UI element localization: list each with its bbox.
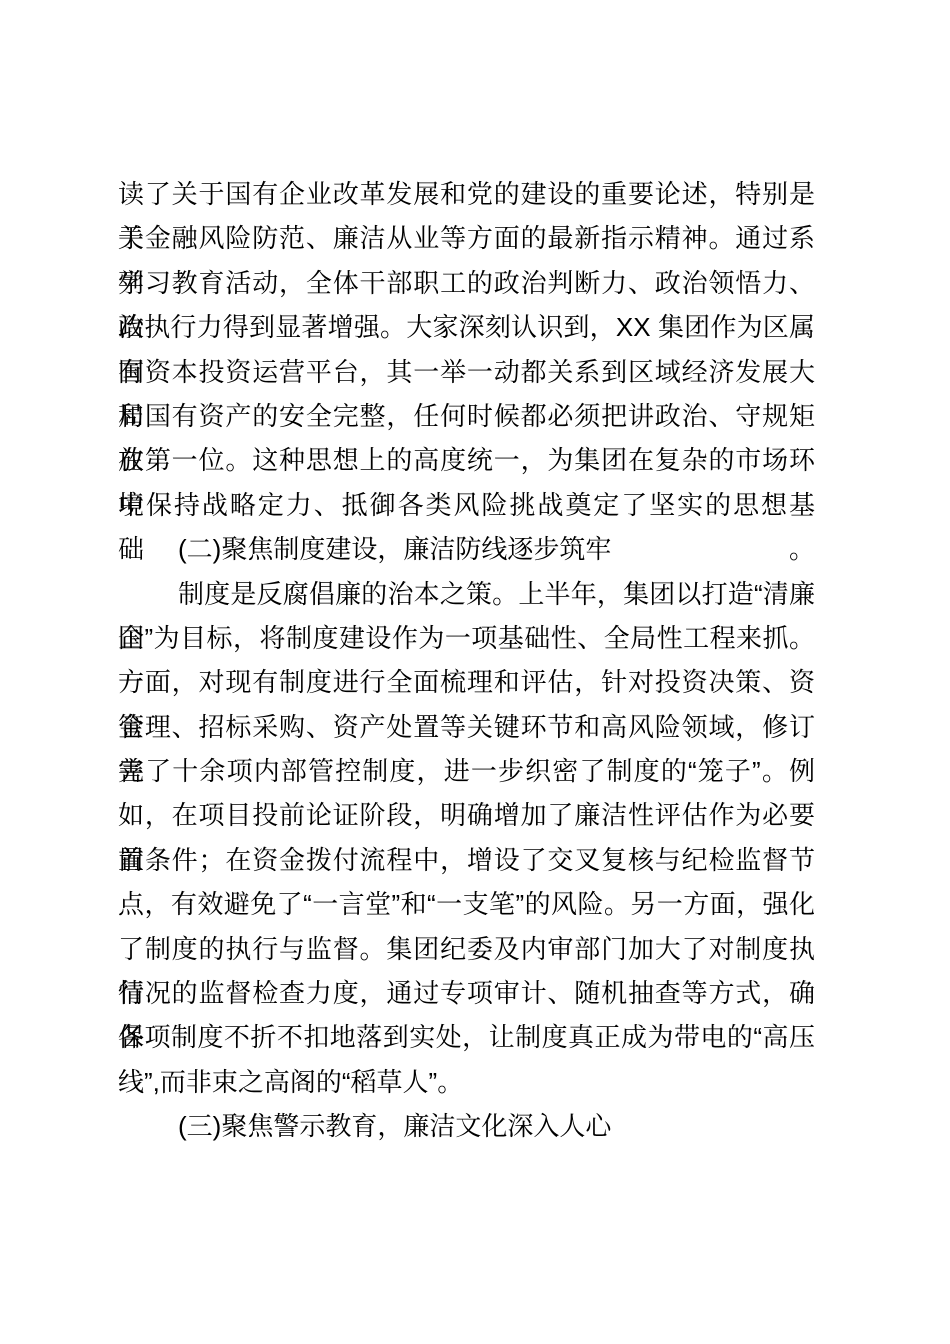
text-line: 读了关于国有企业改革发展和党的建设的重要论述，特别是关	[118, 172, 815, 216]
heading-section-three: (三)聚焦警示教育，廉洁文化深入人心	[118, 1104, 815, 1148]
text-line: 了制度的执行与监督。集团纪委及内审部门加大了对制度执行	[118, 927, 815, 971]
text-line: (三)聚焦警示教育，廉洁文化深入人心	[118, 1104, 815, 1148]
text-line: 学习教育活动，全体干部职工的政治判断力、政治领悟力、政	[118, 261, 815, 305]
paragraph-system-building: 制度是反腐倡廉的治本之策。上半年，集团以打造“清廉国企”为目标，将制度建设作为一…	[118, 572, 815, 1105]
text-line: 于金融风险防范、廉洁从业等方面的最新指示精神。通过系列	[118, 216, 815, 260]
text-line: 如，在项目投前论证阶段，明确增加了廉洁性评估作为必要前	[118, 793, 815, 837]
text-line: 线”,而非束之高阁的“稻草人”。	[118, 1060, 815, 1104]
text-line: 中保持战略定力、抵御各类风险挑战奠定了坚实的思想基础。	[118, 483, 815, 527]
document-body: 读了关于国有企业改革发展和党的建设的重要论述，特别是关于金融风险防范、廉洁从业等…	[118, 172, 815, 1149]
text-line: 情况的监督检查力度，通过专项审计、随机抽查等方式，确保	[118, 971, 815, 1015]
text-line: 在第一位。这种思想上的高度统一，为集团在复杂的市场环境	[118, 438, 815, 482]
text-line: 有资本投资运营平台，其一举一动都关系到区域经济发展大局	[118, 350, 815, 394]
text-line: 企”为目标，将制度建设作为一项基础性、全局性工程来抓。一	[118, 616, 815, 660]
paragraph-political-study-continued: 读了关于国有企业改革发展和党的建设的重要论述，特别是关于金融风险防范、廉洁从业等…	[118, 172, 815, 527]
document-page: 读了关于国有企业改革发展和党的建设的重要论述，特别是关于金融风险防范、廉洁从业等…	[0, 0, 950, 1344]
text-line: 管理、招标采购、资产处置等关键环节和高风险领域，修订完	[118, 705, 815, 749]
text-line: 点，有效避免了“一言堂”和“一支笔”的风险。另一方面，强化	[118, 882, 815, 926]
text-line: 制度是反腐倡廉的治本之策。上半年，集团以打造“清廉国	[118, 572, 815, 616]
text-line: 方面，对现有制度进行全面梳理和评估，针对投资决策、资金	[118, 660, 815, 704]
text-line: 各项制度不折不扣地落到实处，让制度真正成为带电的“高压	[118, 1015, 815, 1059]
text-line: 置条件；在资金拨付流程中，增设了交叉复核与纪检监督节	[118, 838, 815, 882]
text-line: 治执行力得到显著增强。大家深刻认识到，XX 集团作为区属国	[118, 305, 815, 349]
text-line: 善了十余项内部管控制度，进一步织密了制度的“笼子”。例	[118, 749, 815, 793]
text-line: 和国有资产的安全完整，任何时候都必须把讲政治、守规矩放	[118, 394, 815, 438]
